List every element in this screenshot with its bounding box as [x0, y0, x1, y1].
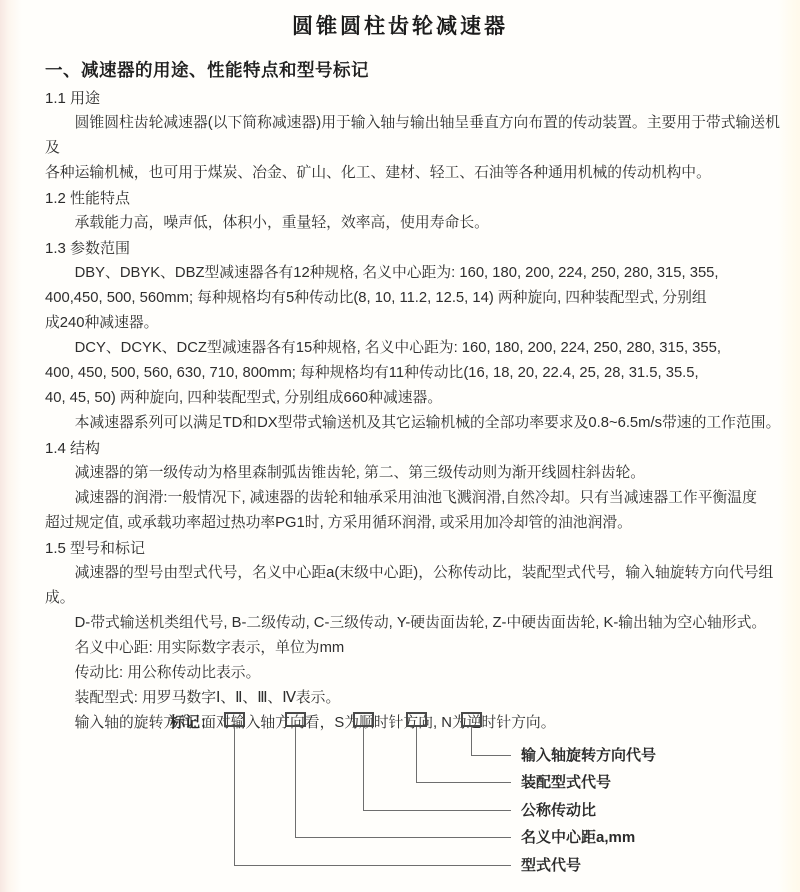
callout-type-code: 型式代号	[521, 857, 581, 874]
type-code-box	[224, 712, 245, 727]
center-distance-box	[285, 712, 306, 727]
document-page: 圆锥圆柱齿轮减速器 一、减速器的用途、性能特点和型号标记 1.1 用途 圆锥圆柱…	[0, 0, 800, 892]
assembly-type-box	[406, 712, 427, 727]
marking-label: 标记：	[170, 711, 215, 732]
ratio-box	[353, 712, 374, 727]
callout-nominal-ratio: 公称传动比	[521, 802, 596, 819]
model-designation-diagram: 标记： 输入轴旋转方向代号 装配型式代号 公称传动比 名义中心距a,mm 型式代…	[0, 0, 800, 892]
callout-center-distance: 名义中心距a,mm	[521, 829, 635, 846]
callout-assembly-type: 装配型式代号	[521, 774, 611, 791]
callout-rotation-direction: 输入轴旋转方向代号	[521, 747, 656, 764]
rotation-direction-box	[461, 712, 482, 727]
connector-line-rotation-direction	[471, 727, 511, 756]
